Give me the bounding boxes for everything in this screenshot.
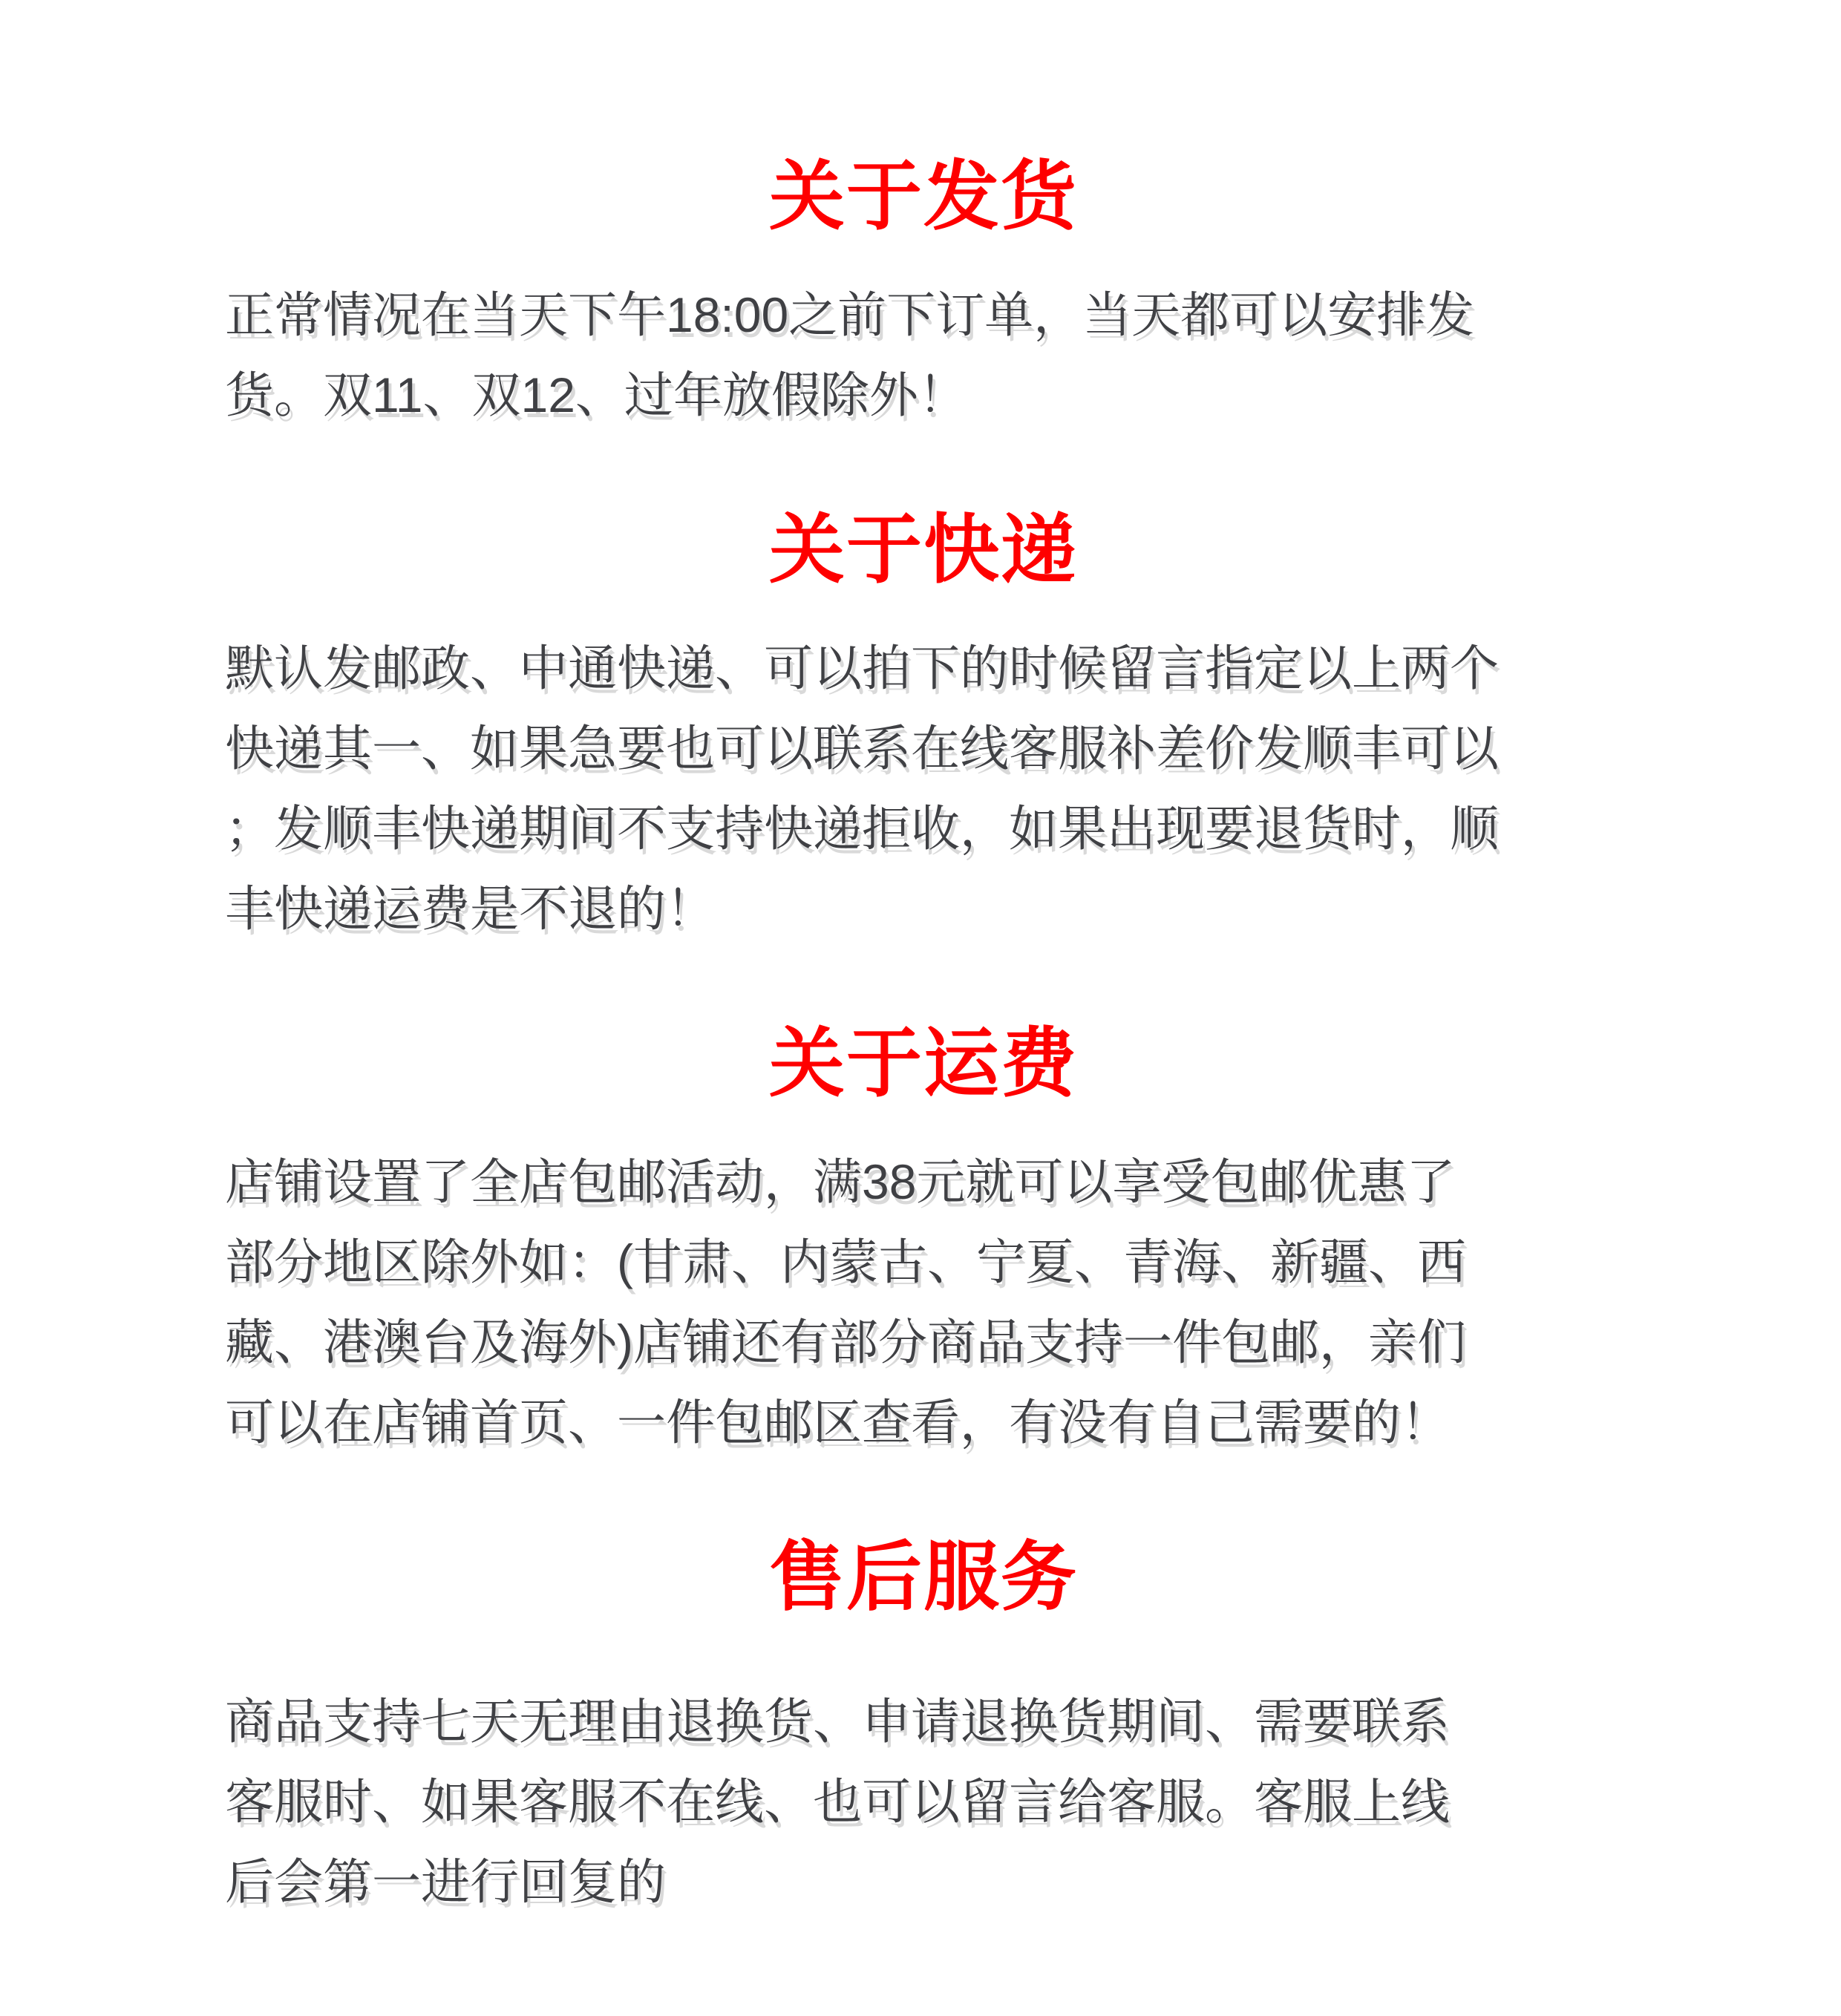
shipping-heading: 关于发货 — [225, 152, 1622, 241]
after-sales-body-text: 商品支持七天无理由退换货、申请退换货期间、需要联系 客服时、如果客服不在线、也可… — [225, 1681, 1622, 1922]
freight-body-text: 店铺设置了全店包邮活动，满38元就可以享受包邮优惠了 部分地区除外如：(甘肃、内… — [225, 1142, 1622, 1462]
express-body-text: 默认发邮政、中通快递、可以拍下的时候留言指定以上两个 快递其一、如果急要也可以联… — [225, 628, 1622, 949]
after-sales-heading: 售后服务 — [225, 1533, 1622, 1622]
section-shipping: 关于发货 正常情况在当天下午18:00之前下订单，当天都可以安排发 货。双11、… — [225, 152, 1622, 435]
section-express: 关于快递 默认发邮政、中通快递、可以拍下的时候留言指定以上两个 快递其一、如果急… — [225, 505, 1622, 949]
shipping-body-text: 正常情况在当天下午18:00之前下订单，当天都可以安排发 货。双11、双12、过… — [225, 275, 1622, 435]
freight-heading: 关于运费 — [225, 1019, 1622, 1108]
store-notice-page: 关于发货 正常情况在当天下午18:00之前下订单，当天都可以安排发 货。双11、… — [0, 0, 1841, 2016]
section-freight: 关于运费 店铺设置了全店包邮活动，满38元就可以享受包邮优惠了 部分地区除外如：… — [225, 1019, 1622, 1462]
section-after-sales: 售后服务 商品支持七天无理由退换货、申请退换货期间、需要联系 客服时、如果客服不… — [225, 1533, 1622, 1922]
express-heading: 关于快递 — [225, 505, 1622, 595]
